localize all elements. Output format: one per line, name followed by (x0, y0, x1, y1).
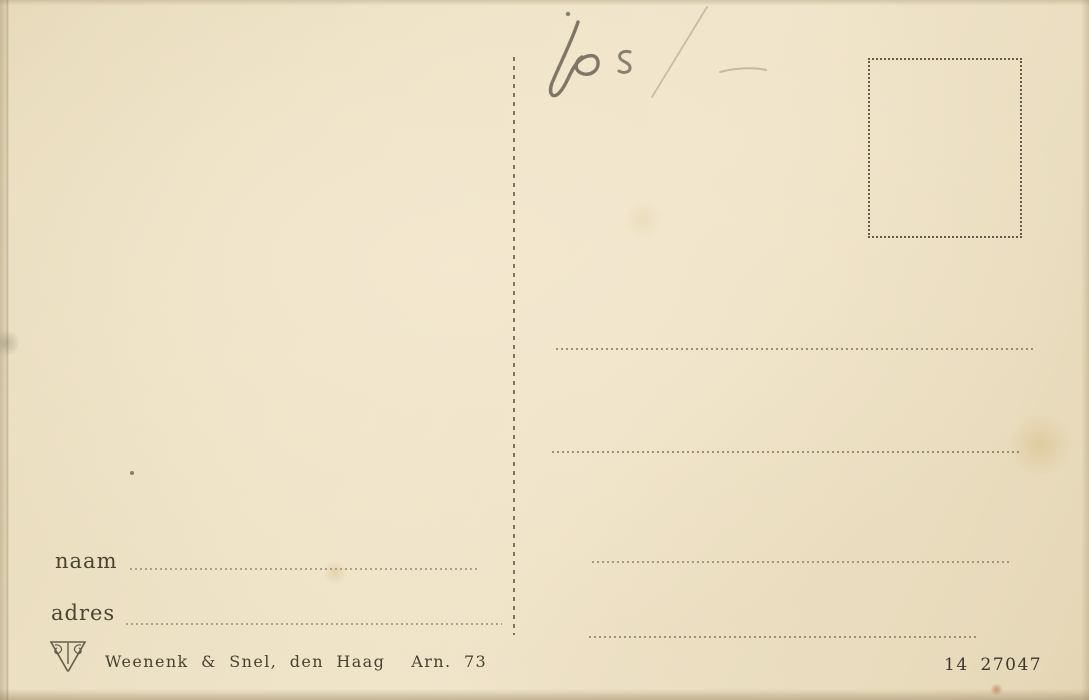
monogram-right-curl (74, 645, 81, 654)
address-field-label: adres (51, 603, 115, 624)
pencil-dot (566, 12, 570, 16)
pencil-dash (720, 68, 766, 72)
publisher-imprint: Weenenk & Snel, den HaagArn. 73 (105, 652, 487, 671)
pencil-numeral (551, 22, 598, 96)
publisher-name: Weenenk & Snel, den Haag (105, 652, 385, 671)
address-line-2 (552, 451, 1022, 453)
stamp-box (868, 58, 1022, 238)
address-line-4 (589, 636, 979, 638)
pencil-letter-s (619, 51, 630, 72)
edge-smudge (0, 330, 20, 356)
faint-stain (620, 200, 666, 240)
address-line-1 (556, 348, 1033, 350)
handwritten-pencil-note (518, 0, 818, 125)
pencil-slash (652, 7, 707, 97)
name-field-label: naam (55, 551, 117, 572)
ink-speck (130, 471, 134, 475)
postcard-back: naam adres Weenenk & Snel, den HaagArn. … (0, 0, 1089, 700)
serial-number: 14 27047 (944, 655, 1042, 675)
rust-spot (990, 684, 1003, 695)
foxing-stain (1008, 412, 1072, 478)
center-divider-line (513, 57, 515, 635)
name-field-line (130, 568, 478, 570)
publisher-code: Arn. 73 (411, 652, 487, 671)
address-line-3 (592, 561, 1012, 563)
monogram-left-curl (55, 645, 62, 654)
publisher-monogram-icon (48, 638, 88, 674)
address-field-line (126, 623, 502, 625)
faint-stain (322, 562, 348, 584)
